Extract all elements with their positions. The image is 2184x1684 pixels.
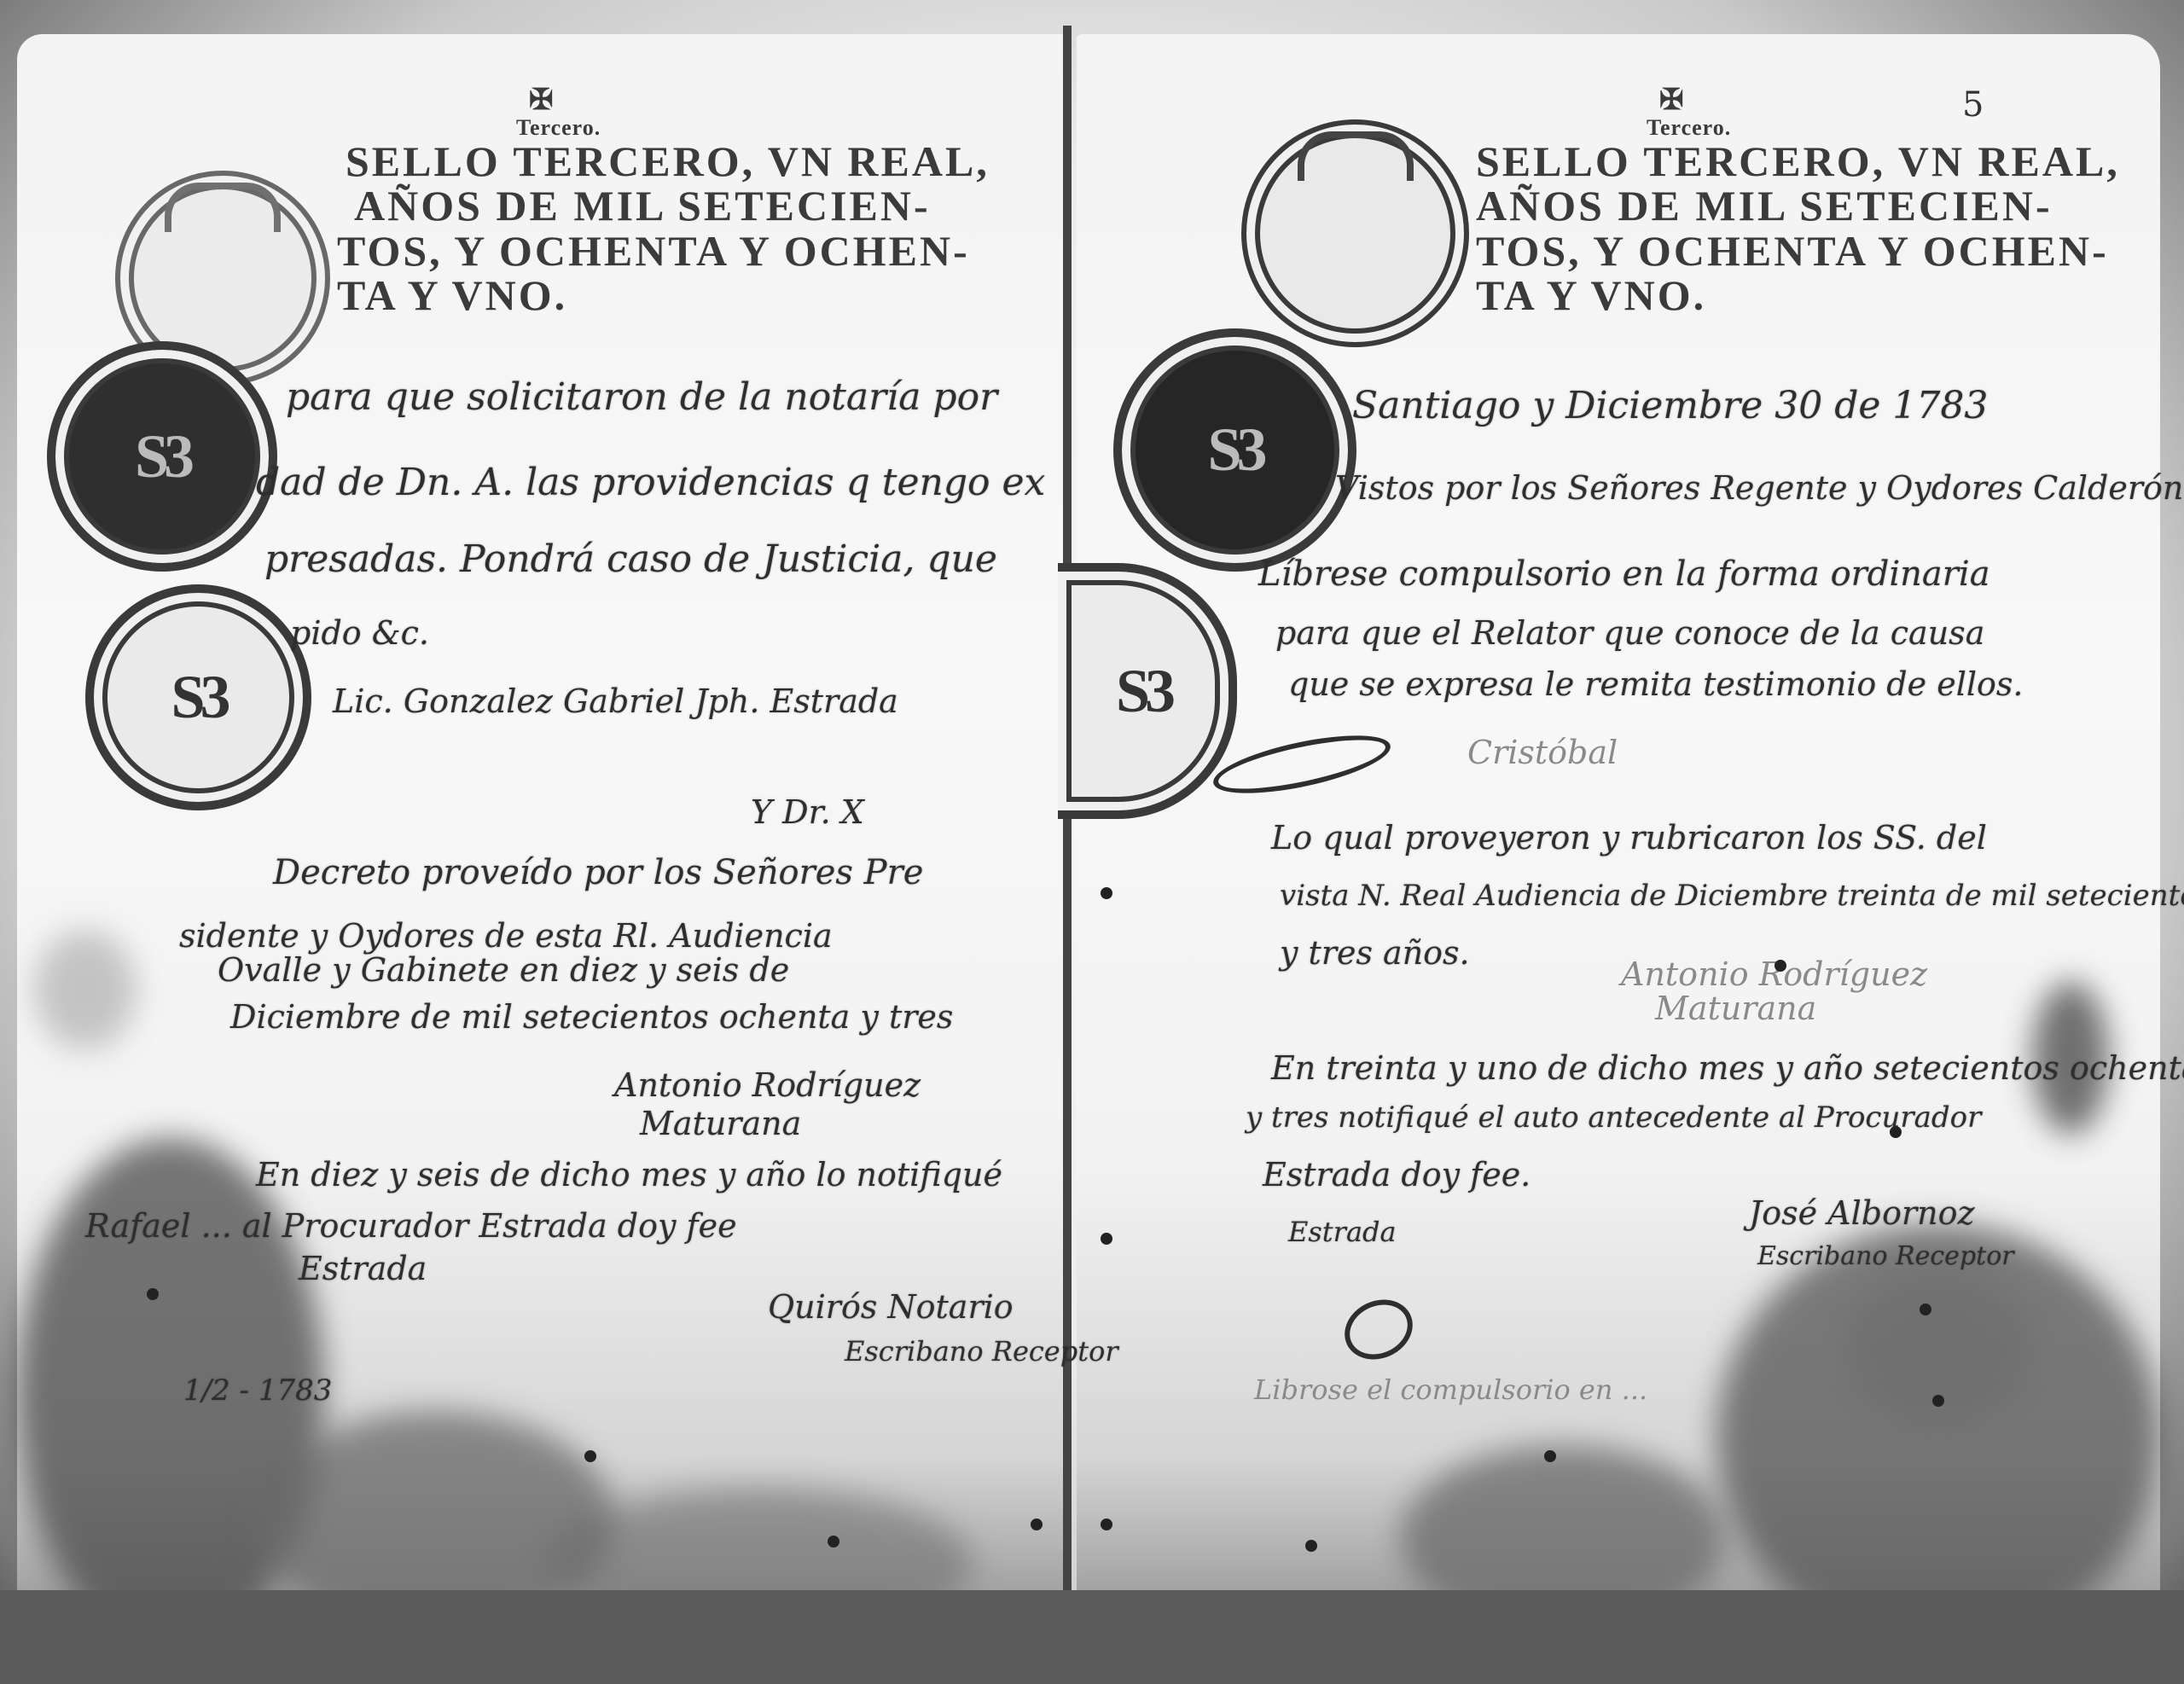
- folio-number: 5: [1962, 85, 1984, 125]
- habilitation-seal-right-dark: S3: [1113, 328, 1356, 572]
- binding-hole: [147, 1288, 159, 1300]
- water-stain: [34, 930, 136, 1049]
- habilitation-seal-left-1: S3: [47, 341, 277, 572]
- royal-crown-seal-right: [1241, 119, 1469, 347]
- cross-icon: ✠: [529, 85, 990, 116]
- binding-hole: [1305, 1540, 1317, 1552]
- signature: Maturana: [640, 1105, 801, 1142]
- text-line: Escribano Receptor: [845, 1335, 1118, 1368]
- text-line: pido &c.: [290, 614, 429, 652]
- text-line: Líbrese compulsorio en la forma ordinari…: [1258, 555, 1990, 594]
- text-line: Lo qual proveyeron y rubricaron los SS. …: [1271, 819, 1987, 857]
- binding-hole: [1932, 1395, 1944, 1407]
- text-line: para que el Relator que conoce de la cau…: [1275, 614, 1984, 652]
- signature: José Albornoz: [1749, 1194, 1975, 1232]
- binding-hole: [828, 1536, 839, 1548]
- binding-hole: [1101, 1519, 1112, 1530]
- text-line: Escribano Receptor: [1757, 1241, 2014, 1271]
- binding-hole: [584, 1450, 596, 1462]
- cross-icon: ✠: [1659, 85, 2120, 116]
- text-line: Decreto proveído por los Señores Pre: [273, 853, 923, 892]
- text-line: Estrada doy fee.: [1263, 1156, 1531, 1193]
- crown-icon: [165, 183, 281, 232]
- faint-signature: Maturana: [1655, 990, 1816, 1027]
- text-line: presadas. Pondrá caso de Justicia, que: [264, 537, 997, 581]
- faint-signature: Antonio Rodríguez: [1621, 955, 1927, 993]
- text-line: Rafael ... al Procurador Estrada doy fee: [85, 1207, 737, 1245]
- scan-bottom-edge: [0, 1590, 2184, 1684]
- binding-hole: [1920, 1304, 1931, 1315]
- binding-hole: [1774, 960, 1786, 972]
- signature: Lic. Gonzalez Gabriel Jph. Estrada: [333, 682, 898, 720]
- signature: Quirós Notario: [768, 1288, 1014, 1326]
- text-line: En treinta y uno de dicho mes y año sete…: [1271, 1049, 2184, 1087]
- text-line: Librose el compulsorio en ...: [1254, 1373, 1647, 1406]
- text-line: para que solicitaron de la notaría por: [286, 375, 997, 419]
- binding-hole: [1890, 1126, 1902, 1138]
- binding-hole: [1031, 1519, 1043, 1530]
- crown-icon: [1298, 131, 1414, 181]
- text-line: Ovalle y Gabinete en diez y seis de: [218, 951, 789, 989]
- text-line: dad de Dn. A. las providencias q tengo e…: [256, 461, 1045, 504]
- stamp-header-left: ✠ Tercero. SELLO TERCERO, VN REAL, AÑOS …: [346, 85, 990, 318]
- text-line: sidente y Oydores de esta Rl. Audiencia: [179, 917, 833, 955]
- text-line: Vistos por los Señores Regente y Oydores…: [1335, 469, 2184, 507]
- manuscript-scan: ✠ Tercero. SELLO TERCERO, VN REAL, AÑOS …: [0, 0, 2184, 1684]
- binding-hole: [1101, 1233, 1112, 1245]
- text-line: Diciembre de mil setecientos ochenta y t…: [230, 998, 953, 1036]
- stamp-header-right: ✠ Tercero. SELLO TERCERO, VN REAL, AÑOS …: [1476, 85, 2120, 318]
- text-line: y tres notifiqué el auto antecedente al …: [1246, 1100, 1981, 1135]
- text-line: Y Dr. X: [751, 793, 864, 831]
- text-line: vista N. Real Audiencia de Diciembre tre…: [1280, 879, 2184, 913]
- signature: Estrada: [299, 1250, 427, 1287]
- s3-monogram: S3: [171, 662, 225, 733]
- s3-monogram: S3: [1207, 415, 1262, 485]
- text-line: En diez y seis de dicho mes y año lo not…: [256, 1156, 1002, 1193]
- binding-hole: [1101, 887, 1112, 899]
- signature: Antonio Rodríguez: [614, 1066, 921, 1104]
- s3-monogram: S3: [1116, 656, 1170, 727]
- book-gutter: [1063, 26, 1072, 1664]
- date-line: Santiago y Diciembre 30 de 1783: [1352, 384, 1988, 427]
- habilitation-seal-left-2: S3: [85, 584, 311, 810]
- text-line: que se expresa le remita testimonio de e…: [1288, 665, 2023, 703]
- binding-hole: [1544, 1450, 1556, 1462]
- text-line: y tres años.: [1280, 934, 1470, 972]
- s3-monogram: S3: [135, 421, 189, 492]
- signature: Estrada: [1288, 1216, 1397, 1248]
- text-line: 1/2 - 1783: [183, 1373, 332, 1408]
- faint-signature: Cristóbal: [1467, 734, 1618, 771]
